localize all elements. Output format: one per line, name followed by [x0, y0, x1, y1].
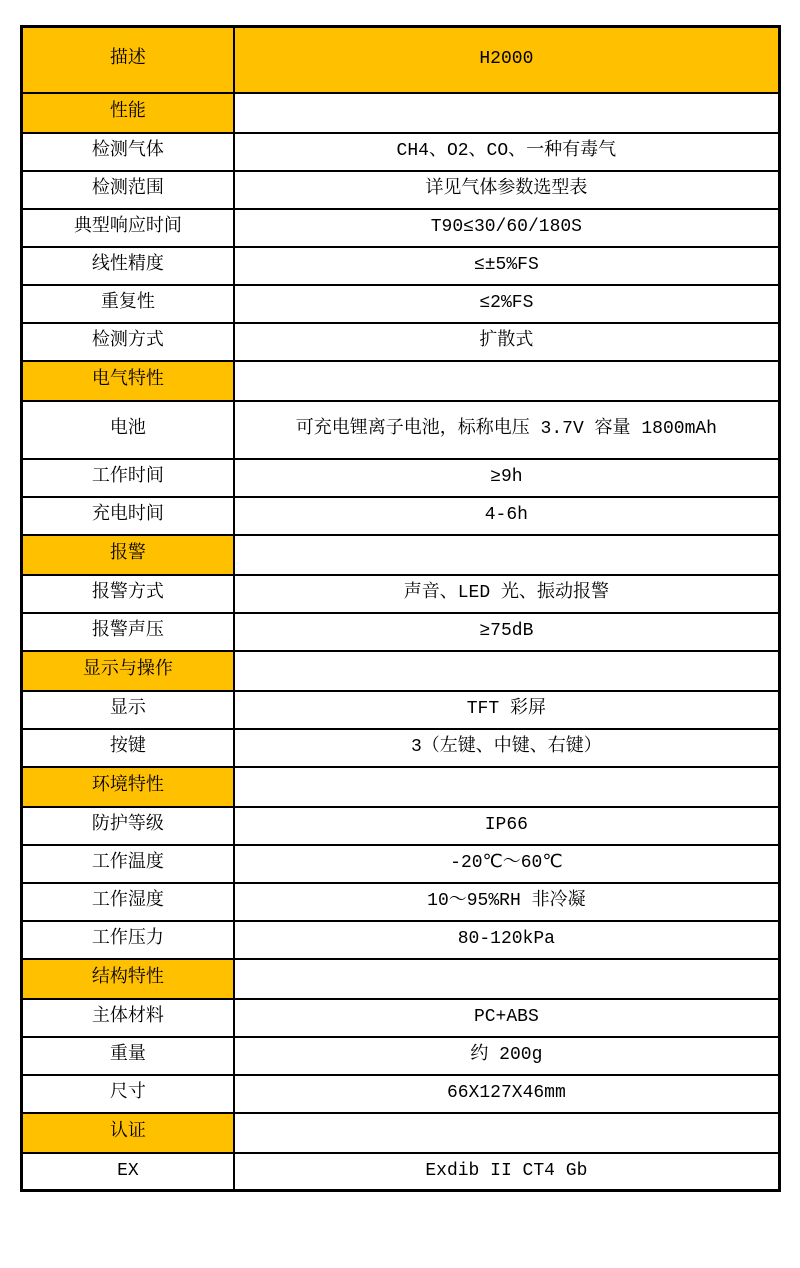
table-row: 工作温度-20℃～60℃	[22, 845, 780, 883]
section-row: 报警	[22, 535, 780, 575]
row-value: -20℃～60℃	[234, 845, 780, 883]
row-label: 检测方式	[22, 323, 234, 361]
row-value: ≤±5%FS	[234, 247, 780, 285]
row-label: 电气特性	[22, 361, 234, 401]
row-label: 显示与操作	[22, 651, 234, 691]
row-value: CH4、O2、CO、一种有毒气	[234, 133, 780, 171]
row-label: 工作压力	[22, 921, 234, 959]
table-row: EXExdib II CT4 Gb	[22, 1153, 780, 1191]
table-row: 重复性≤2%FS	[22, 285, 780, 323]
section-row: 环境特性	[22, 767, 780, 807]
row-value	[234, 93, 780, 133]
table-row: 工作湿度10～95%RH 非冷凝	[22, 883, 780, 921]
row-value: PC+ABS	[234, 999, 780, 1037]
section-row: 显示与操作	[22, 651, 780, 691]
row-label: 环境特性	[22, 767, 234, 807]
row-label: 报警	[22, 535, 234, 575]
row-label: 尺寸	[22, 1075, 234, 1113]
row-value: ≥9h	[234, 459, 780, 497]
row-value: T90≤30/60/180S	[234, 209, 780, 247]
row-label: 按键	[22, 729, 234, 767]
row-value: 4-6h	[234, 497, 780, 535]
row-label: 线性精度	[22, 247, 234, 285]
title-row: 描述H2000	[22, 27, 780, 93]
table-row: 电池可充电锂离子电池，标称电压 3.7V 容量 1800mAh	[22, 401, 780, 459]
row-value: 约 200g	[234, 1037, 780, 1075]
row-value	[234, 535, 780, 575]
row-value	[234, 959, 780, 999]
table-row: 检测气体CH4、O2、CO、一种有毒气	[22, 133, 780, 171]
row-label: 报警方式	[22, 575, 234, 613]
row-label: 充电时间	[22, 497, 234, 535]
table-row: 线性精度≤±5%FS	[22, 247, 780, 285]
row-label: 认证	[22, 1113, 234, 1153]
row-value: ≤2%FS	[234, 285, 780, 323]
row-label: 显示	[22, 691, 234, 729]
row-value	[234, 767, 780, 807]
table-row: 报警方式声音、LED 光、振动报警	[22, 575, 780, 613]
row-label: 描述	[22, 27, 234, 93]
row-label: 防护等级	[22, 807, 234, 845]
row-label: 重复性	[22, 285, 234, 323]
row-label: 典型响应时间	[22, 209, 234, 247]
row-label: EX	[22, 1153, 234, 1191]
row-value: 10～95%RH 非冷凝	[234, 883, 780, 921]
table-row: 显示TFT 彩屏	[22, 691, 780, 729]
row-value	[234, 1113, 780, 1153]
row-value: 66X127X46mm	[234, 1075, 780, 1113]
section-row: 电气特性	[22, 361, 780, 401]
table-row: 检测方式扩散式	[22, 323, 780, 361]
table-row: 工作压力80-120kPa	[22, 921, 780, 959]
row-label: 工作时间	[22, 459, 234, 497]
table-row: 按键3（左键、中键、右键）	[22, 729, 780, 767]
section-row: 性能	[22, 93, 780, 133]
row-value: 详见气体参数选型表	[234, 171, 780, 209]
row-label: 工作温度	[22, 845, 234, 883]
section-row: 认证	[22, 1113, 780, 1153]
table-row: 工作时间≥9h	[22, 459, 780, 497]
row-value: 80-120kPa	[234, 921, 780, 959]
table-row: 尺寸66X127X46mm	[22, 1075, 780, 1113]
row-value: 3（左键、中键、右键）	[234, 729, 780, 767]
row-value: 扩散式	[234, 323, 780, 361]
table-row: 典型响应时间T90≤30/60/180S	[22, 209, 780, 247]
row-label: 检测范围	[22, 171, 234, 209]
row-value: IP66	[234, 807, 780, 845]
section-row: 结构特性	[22, 959, 780, 999]
table-row: 检测范围详见气体参数选型表	[22, 171, 780, 209]
spec-sheet-page: 描述H2000性能检测气体CH4、O2、CO、一种有毒气检测范围详见气体参数选型…	[0, 0, 800, 1268]
table-row: 重量约 200g	[22, 1037, 780, 1075]
table-row: 防护等级IP66	[22, 807, 780, 845]
row-value: ≥75dB	[234, 613, 780, 651]
row-value	[234, 361, 780, 401]
row-label: 检测气体	[22, 133, 234, 171]
table-row: 主体材料PC+ABS	[22, 999, 780, 1037]
spec-table: 描述H2000性能检测气体CH4、O2、CO、一种有毒气检测范围详见气体参数选型…	[20, 25, 781, 1192]
spec-table-body: 描述H2000性能检测气体CH4、O2、CO、一种有毒气检测范围详见气体参数选型…	[22, 27, 780, 1191]
table-row: 报警声压≥75dB	[22, 613, 780, 651]
row-label: 主体材料	[22, 999, 234, 1037]
table-row: 充电时间4-6h	[22, 497, 780, 535]
row-label: 结构特性	[22, 959, 234, 999]
row-label: 工作湿度	[22, 883, 234, 921]
row-value	[234, 651, 780, 691]
row-value: 声音、LED 光、振动报警	[234, 575, 780, 613]
row-value: H2000	[234, 27, 780, 93]
row-label: 重量	[22, 1037, 234, 1075]
row-label: 电池	[22, 401, 234, 459]
row-value: 可充电锂离子电池，标称电压 3.7V 容量 1800mAh	[234, 401, 780, 459]
row-value: Exdib II CT4 Gb	[234, 1153, 780, 1191]
row-label: 报警声压	[22, 613, 234, 651]
row-value: TFT 彩屏	[234, 691, 780, 729]
row-label: 性能	[22, 93, 234, 133]
